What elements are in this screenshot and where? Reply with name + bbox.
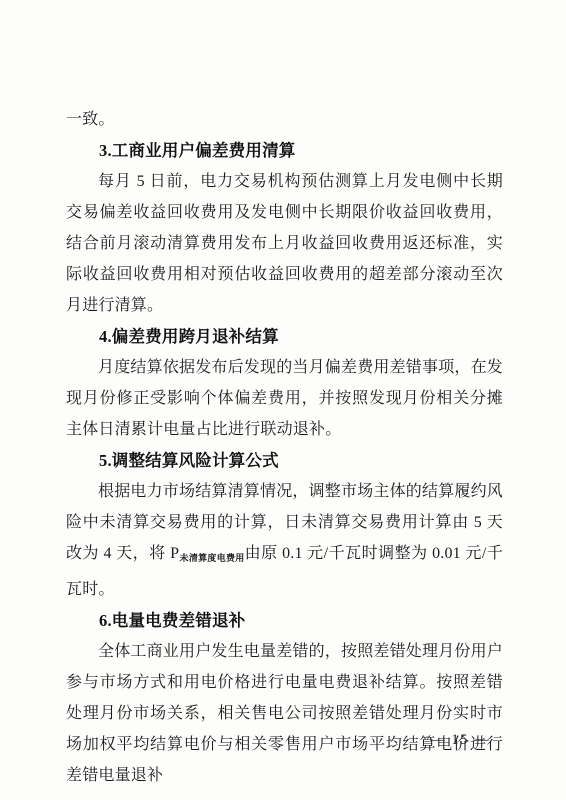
- section-3-body: 每月 5 日前，电力交易机构预估测算上月发电侧中长期交易偏差收益回收费用及发电侧…: [66, 166, 503, 321]
- paragraph-continuation: 一致。: [66, 104, 503, 135]
- section-6-body: 全体工商业用户发生电量差错的，按照差错处理月份用户参与市场方式和用电价格进行电量…: [66, 636, 503, 791]
- section-6-heading: 6.电量电费差错退补: [66, 605, 503, 636]
- formula-subscript: 未清算度电费用: [179, 553, 244, 563]
- page-number: — 15 —: [430, 732, 490, 749]
- section-5-heading: 5.调整结算风险计算公式: [66, 445, 503, 476]
- document-body: 一致。 3.工商业用户偏差费用清算 每月 5 日前，电力交易机构预估测算上月发电…: [66, 104, 503, 791]
- section-4-body: 月度结算依据发布后发现的当月偏差费用差错事项，在发现月份修正受影响个体偏差费用，…: [66, 352, 503, 445]
- section-4-heading: 4.偏差费用跨月退补结算: [66, 321, 503, 352]
- section-3-heading: 3.工商业用户偏差费用清算: [66, 135, 503, 166]
- document-page: 一致。 3.工商业用户偏差费用清算 每月 5 日前，电力交易机构预估测算上月发电…: [0, 0, 566, 800]
- section-5-body: 根据电力市场结算清算情况，调整市场主体的结算履约风险中未清算交易费用的计算，日未…: [66, 476, 503, 605]
